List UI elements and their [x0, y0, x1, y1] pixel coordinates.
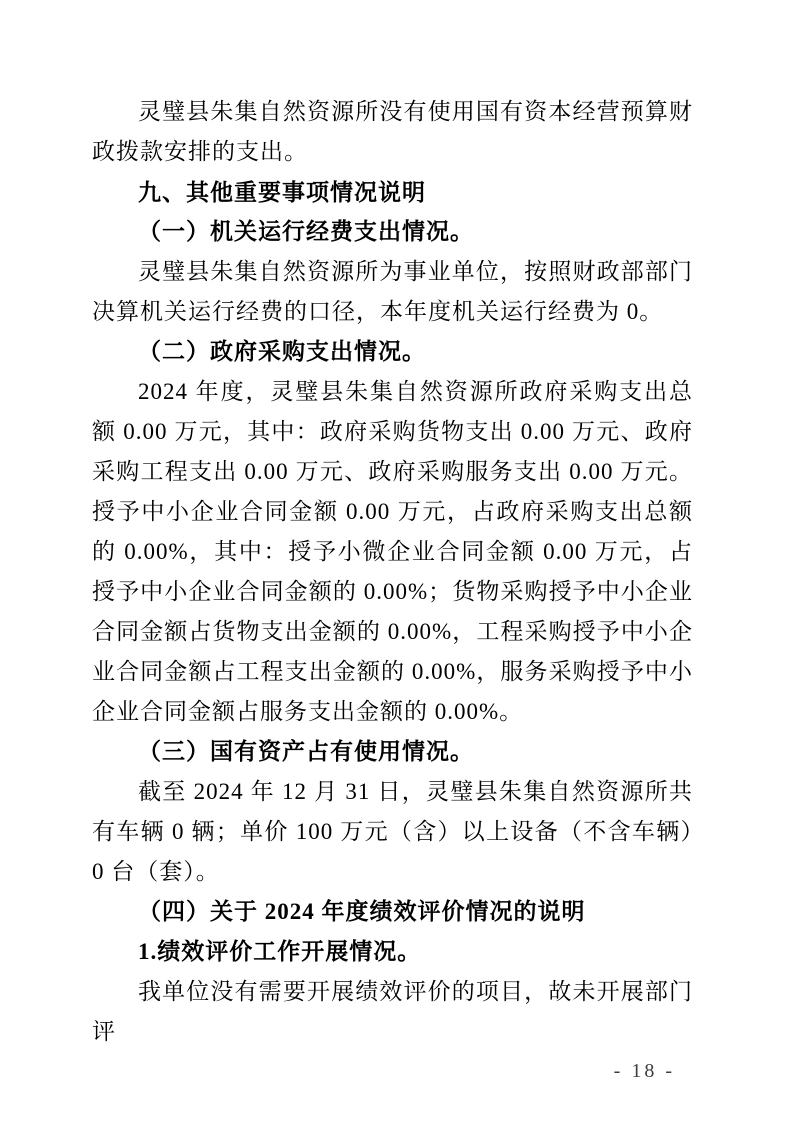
- heading-section-9-other-important-matters: 九、其他重要事项情况说明: [92, 172, 693, 212]
- paragraph-state-assets-details: 截至 2024 年 12 月 31 日，灵璧县朱集自然资源所共有车辆 0 辆；单…: [92, 772, 693, 892]
- paragraph-performance-evaluation-status: 我单位没有需要开展绩效评价的项目，故未开展部门评: [92, 972, 693, 1052]
- document-page: 灵璧县朱集自然资源所没有使用国有资本经营预算财政拨款安排的支出。 九、其他重要事…: [0, 0, 793, 1122]
- heading-9-3-state-assets-occupancy: （三）国有资产占有使用情况。: [92, 732, 693, 772]
- heading-9-1-agency-operating-expense: （一）机关运行经费支出情况。: [92, 212, 693, 252]
- paragraph-agency-operating-expense: 灵璧县朱集自然资源所为事业单位，按照财政部部门决算机关运行经费的口径，本年度机关…: [92, 252, 693, 332]
- heading-9-4-1-performance-evaluation-work: 1.绩效评价工作开展情况。: [92, 932, 693, 972]
- heading-9-2-government-procurement: （二）政府采购支出情况。: [92, 332, 693, 372]
- paragraph-no-state-capital-spending: 灵璧县朱集自然资源所没有使用国有资本经营预算财政拨款安排的支出。: [92, 92, 693, 172]
- heading-9-4-performance-evaluation: （四）关于 2024 年度绩效评价情况的说明: [92, 892, 693, 932]
- document-body: 灵璧县朱集自然资源所没有使用国有资本经营预算财政拨款安排的支出。 九、其他重要事…: [92, 92, 693, 1052]
- paragraph-government-procurement-details: 2024 年度，灵璧县朱集自然资源所政府采购支出总额 0.00 万元，其中：政府…: [92, 372, 693, 732]
- page-number: - 18 -: [614, 1058, 675, 1084]
